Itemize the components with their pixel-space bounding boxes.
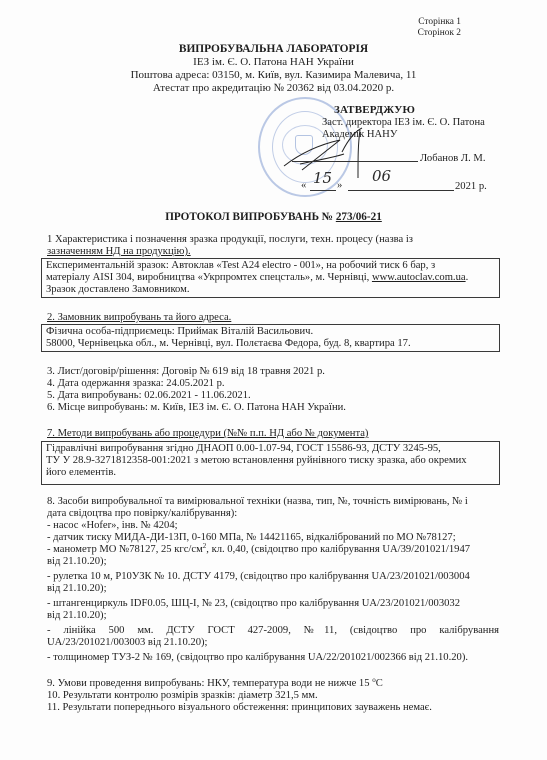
protocol-number: 273/06-21 [336,211,382,223]
section-5: 5. Дата випробувань: 02.06.2021 - 11.06.… [47,390,251,402]
equipment-item-cont: від 21.10.20); [47,583,107,595]
section-1-title-underlined: зазначенням НД на продукцію). [47,246,191,257]
section-9-unit: С [376,678,383,689]
section-3: 3. Лист/договір/рішення: Договір № 619 в… [47,366,325,378]
date-quote-close: » [337,180,342,192]
section-1-box-line1: Експериментальній зразок: Автоклав «Test… [46,260,495,272]
approval-heading: ЗАТВЕРДЖУЮ [334,104,415,116]
section-4: 4. Дата одержання зразка: 24.05.2021 р. [47,378,225,390]
section-2-title: 2. Замовник випробувань та його адреса. [47,312,231,324]
section-2-box-line2: 58000, Чернівецька обл., м. Чернівці, ву… [46,338,495,350]
lab-accreditation: Атестат про акредитацію № 20362 від 03.0… [0,82,547,94]
equipment-item: - датчик тиску МИДА-ДИ-13П, 0-160 МПа, №… [47,532,456,544]
section-2-box: Фізична особа-підприємець: Приймак Вітал… [41,324,500,352]
equipment-item-cont: UA/23/201021/003003 від 21.10.20); [47,637,207,649]
section-1-title-line1: 1 Характеристика і позначення зразка про… [47,234,499,246]
page-number: Сторінка 1 [418,17,461,28]
section-1-box-line3: Зразок доставлено Замовником. [46,284,495,296]
equipment-item: - насос «Hofer», інв. № 4204; [47,520,178,532]
section-1-box-line2-end: . [466,272,469,283]
equipment-item-cont: від 21.10.20); [47,556,107,568]
section-9: 9. Умови проведення випробувань: НКУ, те… [47,678,383,690]
section-6: 6. Місце випробувань: м. Київ, ІЕЗ ім. Є… [47,402,346,414]
equipment-item: - рулетка 10 м, Р10УЗК № 10. ДСТУ 4179, … [47,571,470,583]
equipment-item: - манометр МО №78127, 25 кгс/см2, кл. 0,… [47,544,470,556]
section-8-title-line1: 8. Засоби випробувальної та вимірювально… [47,496,499,508]
section-8-title-line2: дата свідоцтва про повірку/калібрування)… [47,508,499,520]
protocol-title: ПРОТОКОЛ ВИПРОБУВАНЬ № 273/06-21 [0,211,547,223]
equipment-item-cont: від 21.10.20); [47,610,107,622]
section-1-box-line2-text: матеріалу AISI 304, виробництва «Укрпром… [46,272,372,283]
date-year: 2021 р. [455,181,487,193]
equipment-item-text: - манометр МО №78127, 25 кгс/см [47,544,203,555]
equipment-item: - толщиномер ТУЗ-2 № 169, (свідоцтво про… [47,652,468,664]
section-1-box-line2: матеріалу AISI 304, виробництва «Укрпром… [46,272,495,284]
date-month-line [348,179,454,191]
protocol-title-prefix: ПРОТОКОЛ ВИПРОБУВАНЬ № [165,211,336,223]
equipment-item: - лінійка 500 мм. ДСТУ ГОСТ 427-2009, №1… [47,625,499,637]
section-7-title: 7. Методи випробувань або процедури (№№ … [47,428,368,440]
date-day: 15 [313,172,332,184]
date-month: 06 [372,170,391,182]
section-2-title-text: 2. Замовник випробувань та його адреса. [47,312,231,323]
section-7-title-text: 7. Методи випробувань або процедури (№№ … [47,428,368,439]
section-7-box: Гідравлічні випробування згідно ДНАОП 0.… [41,441,500,485]
section-10: 10. Результати контролю розмірів зразків… [47,690,318,702]
autoclav-website-link[interactable]: www.autoclav.com.ua [372,272,466,283]
page-count: Сторінок 2 [418,28,461,39]
section-7-box-line3: його елементів. [46,467,495,479]
section-2-box-line1: Фізична особа-підприємець: Приймак Вітал… [46,326,495,338]
date-quote-open: « [301,180,306,192]
equipment-item-text-cont: , кл. 0,40, (свідоцтво про калібрування … [206,544,470,555]
section-7-box-line1: Гідравлічні випробування згідно ДНАОП 0.… [46,443,495,455]
lab-institute: ІЕЗ ім. Є. О. Патона НАН України [0,56,547,68]
section-7-box-line2: ТУ У 28.9-3271812358-001:2021 з метою вс… [46,455,495,467]
section-1-box: Експериментальній зразок: Автоклав «Test… [41,258,500,298]
signature-line [292,150,418,162]
lab-address: Поштова адреса: 03150, м. Київ, вул. Каз… [0,69,547,81]
lab-title: ВИПРОБУВАЛЬНА ЛАБОРАТОРІЯ [0,43,547,55]
section-11: 11. Результати попереднього візуального … [47,702,432,714]
approval-signatory: Лобанов Л. М. [420,153,485,165]
equipment-item: - штангенциркуль IDF0.05, ШЦ-І, № 23, (с… [47,598,460,610]
section-1-title-line2: зазначенням НД на продукцію). [47,246,499,258]
section-9-text: 9. Умови проведення випробувань: НКУ, те… [47,678,372,689]
